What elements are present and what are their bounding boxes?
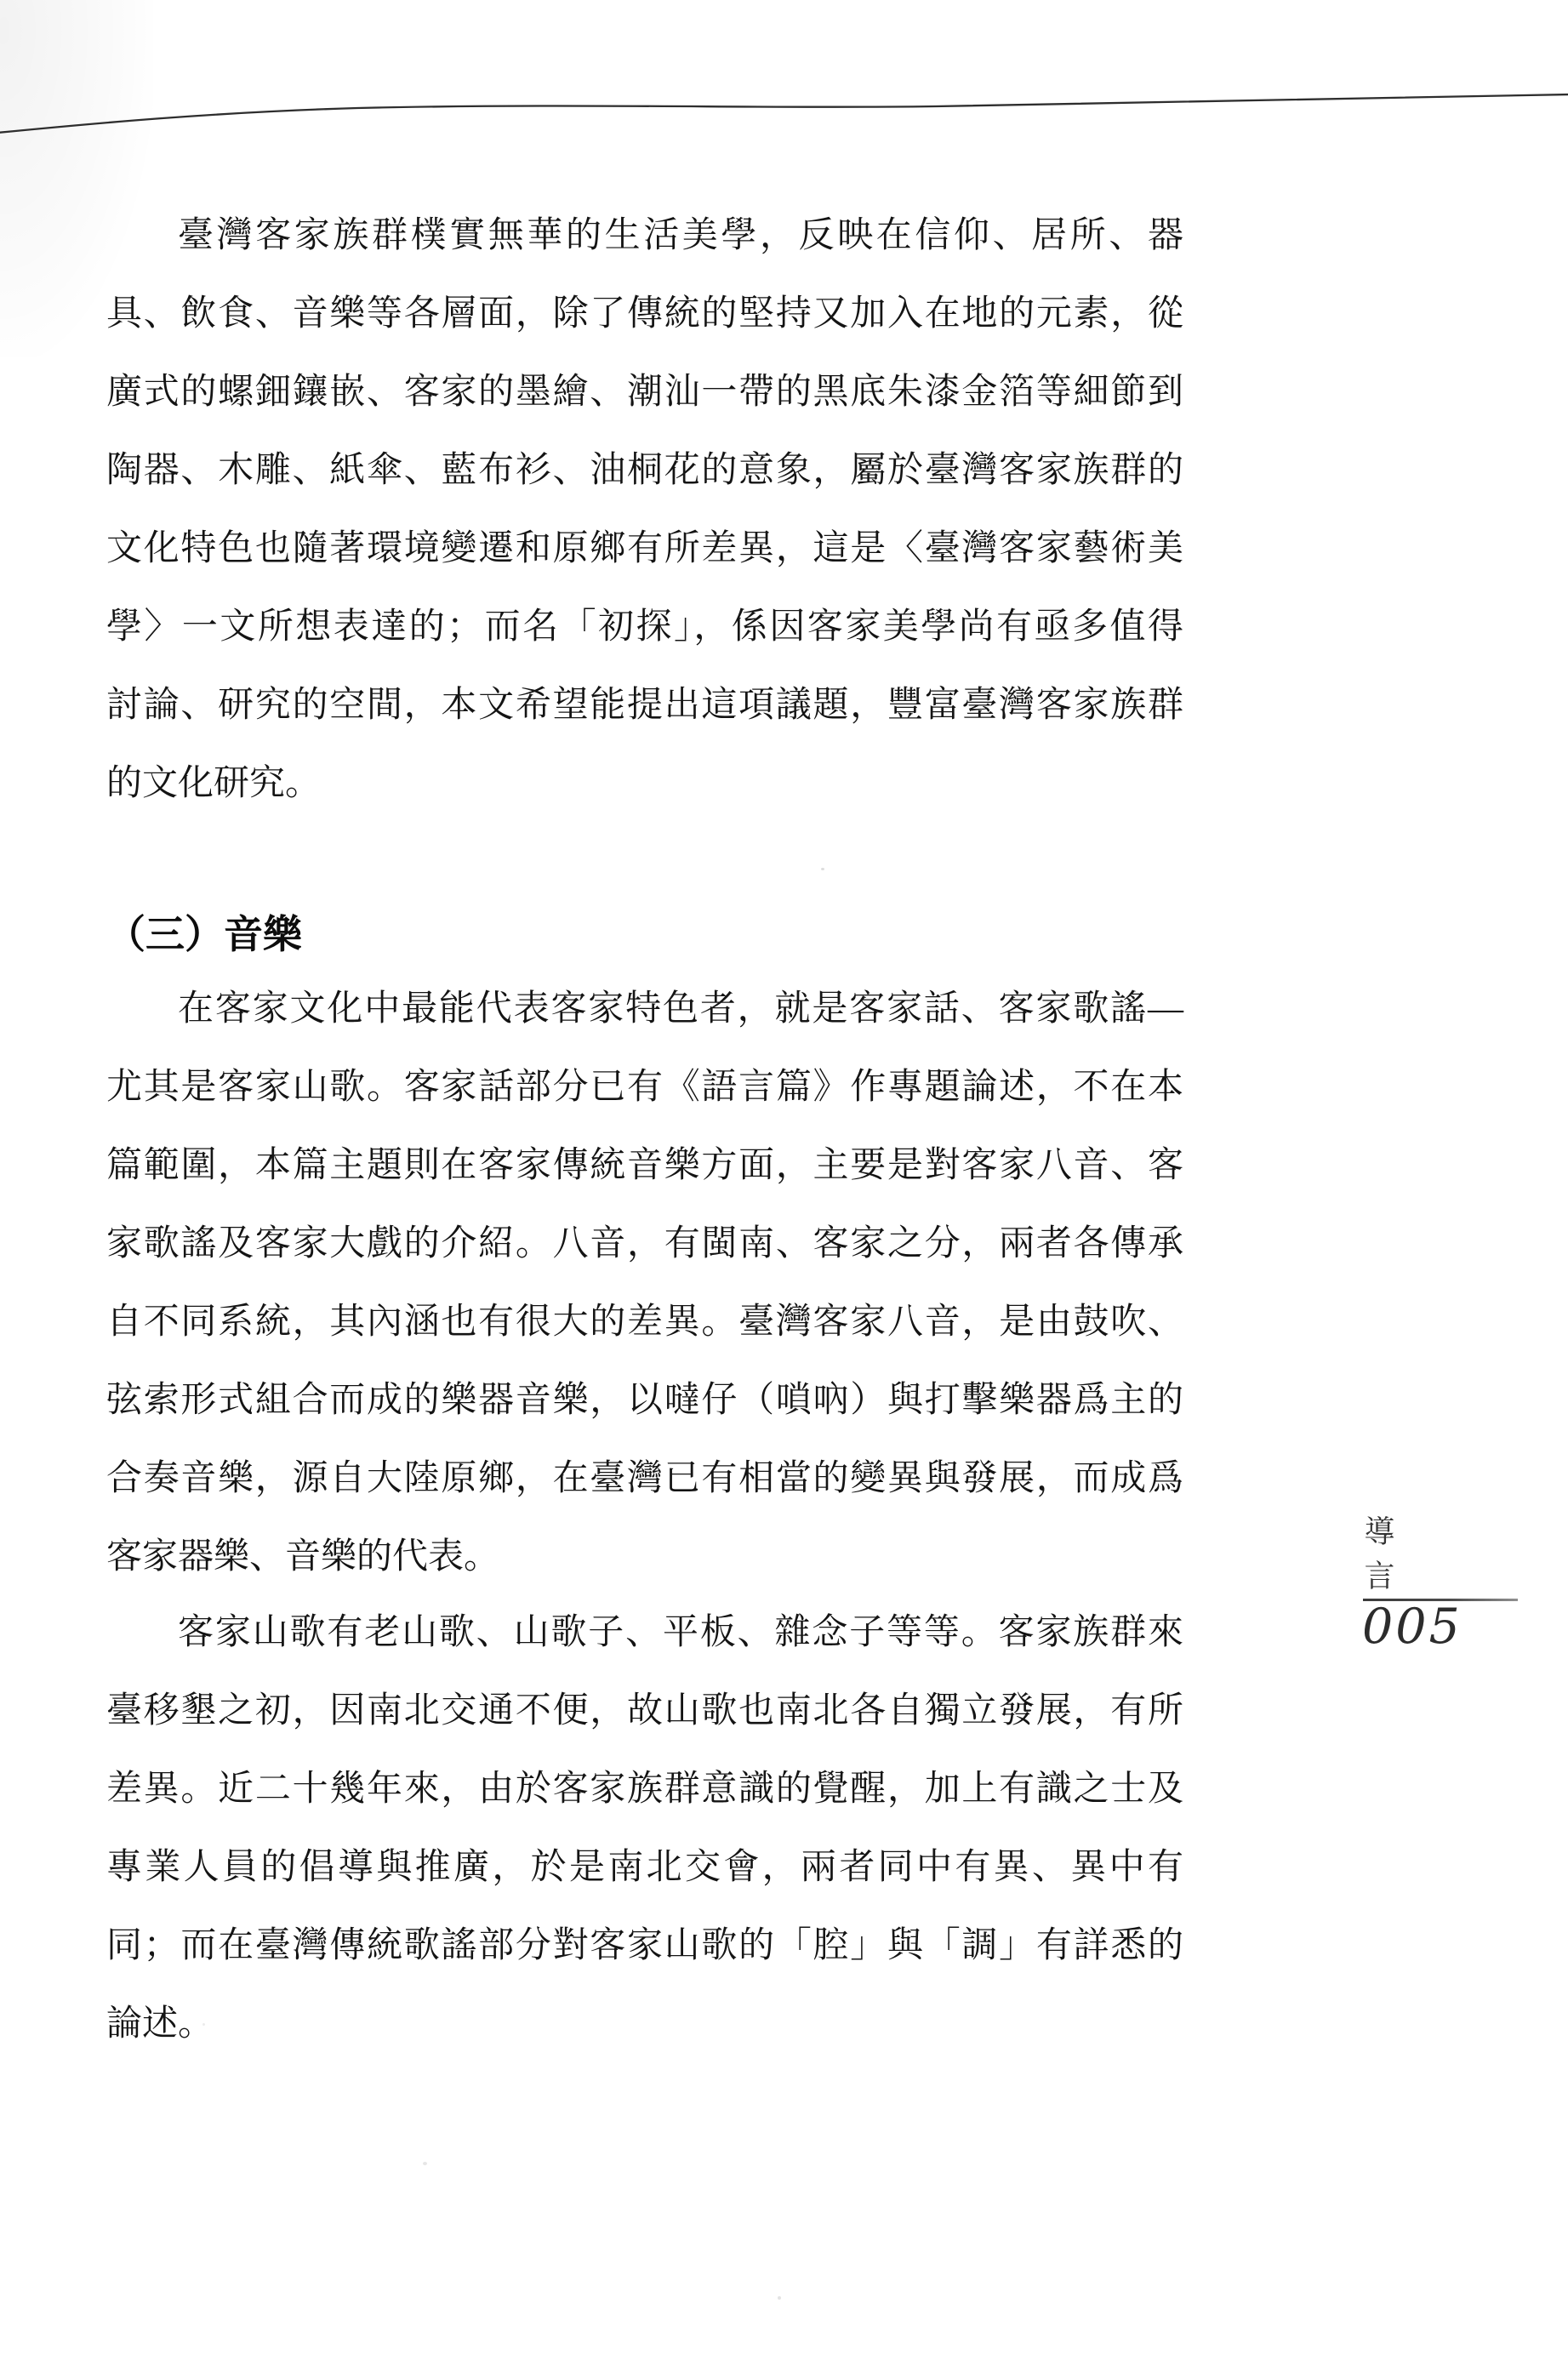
scan-speck xyxy=(423,2162,427,2165)
paragraph: 臺灣客家族群樸實無華的生活美學，反映在信仰、居所、器具、飲食、音樂等各層面，除了… xyxy=(106,197,1183,823)
text-line: 差異。近二十幾年來，由於客家族群意識的覺醒，加上有識之士及 xyxy=(106,1750,1183,1828)
margin-chapter-label: 導言 xyxy=(1361,1515,1394,1604)
text-line: 專業人員的倡導與推廣，於是南北交會，兩者同中有異、異中有 xyxy=(106,1828,1183,1907)
text-line: 客家器樂、音樂的代表。 xyxy=(106,1518,1183,1596)
page-curl-line xyxy=(0,0,1568,187)
text-line: 的文化研究。 xyxy=(106,744,1183,823)
text-line: 弦索形式組合而成的樂器音樂，以噠仔（嗩吶）與打擊樂器爲主的 xyxy=(106,1361,1183,1440)
text-line: 同；而在臺灣傳統歌謠部分對客家山歌的「腔」與「調」有詳悉的 xyxy=(106,1907,1183,1985)
text-line: 客家山歌有老山歌、山歌子、平板、雜念子等等。客家族群來 xyxy=(106,1593,1183,1672)
text-line: 在客家文化中最能代表客家特色者，就是客家話、客家歌謠— xyxy=(106,970,1183,1048)
scan-speck xyxy=(821,868,824,870)
scan-speck xyxy=(778,2296,781,2300)
text-line: 文化特色也隨著環境變遷和原鄉有所差異，這是〈臺灣客家藝術美 xyxy=(106,510,1183,588)
page-number: 005 xyxy=(1362,1603,1463,1651)
scanned-book-page: 臺灣客家族群樸實無華的生活美學，反映在信仰、居所、器具、飲食、音樂等各層面，除了… xyxy=(0,0,1568,2366)
text-line: 陶器、木雕、紙傘、藍布衫、油桐花的意象，屬於臺灣客家族群的 xyxy=(106,431,1183,510)
text-line: 合奏音樂，源自大陸原鄉，在臺灣已有相當的變異與發展，而成爲 xyxy=(106,1440,1183,1518)
text-line: 具、飲食、音樂等各層面，除了傳統的堅持又加入在地的元素，從 xyxy=(106,275,1183,353)
section-heading: （三）音樂 xyxy=(106,895,1183,973)
paragraph: 客家山歌有老山歌、山歌子、平板、雜念子等等。客家族群來臺移墾之初，因南北交通不便… xyxy=(106,1593,1183,2063)
text-line: 篇範圍，本篇主題則在客家傳統音樂方面，主要是對客家八音、客 xyxy=(106,1126,1183,1205)
text-line: 家歌謠及客家大戲的介紹。八音，有閩南、客家之分，兩者各傳承 xyxy=(106,1205,1183,1283)
text-line: 尤其是客家山歌。客家話部分已有《語言篇》作專題論述，不在本 xyxy=(106,1048,1183,1126)
text-line: 廣式的螺鈿鑲嵌、客家的墨繪、潮汕一帶的黑底朱漆金箔等細節到 xyxy=(106,353,1183,431)
text-line: 臺灣客家族群樸實無華的生活美學，反映在信仰、居所、器 xyxy=(106,197,1183,275)
text-line: 自不同系統，其內涵也有很大的差異。臺灣客家八音，是由鼓吹、 xyxy=(106,1283,1183,1361)
text-line: 論述。 xyxy=(106,1985,1183,2063)
text-line: 學〉一文所想表達的；而名「初探」，係因客家美學尚有亟多值得 xyxy=(106,588,1183,666)
paragraph: 在客家文化中最能代表客家特色者，就是客家話、客家歌謠—尤其是客家山歌。客家話部分… xyxy=(106,970,1183,1596)
text-line: 臺移墾之初，因南北交通不便，故山歌也南北各自獨立發展，有所 xyxy=(106,1672,1183,1750)
text-line: 討論、研究的空間，本文希望能提出這項議題，豐富臺灣客家族群 xyxy=(106,666,1183,744)
